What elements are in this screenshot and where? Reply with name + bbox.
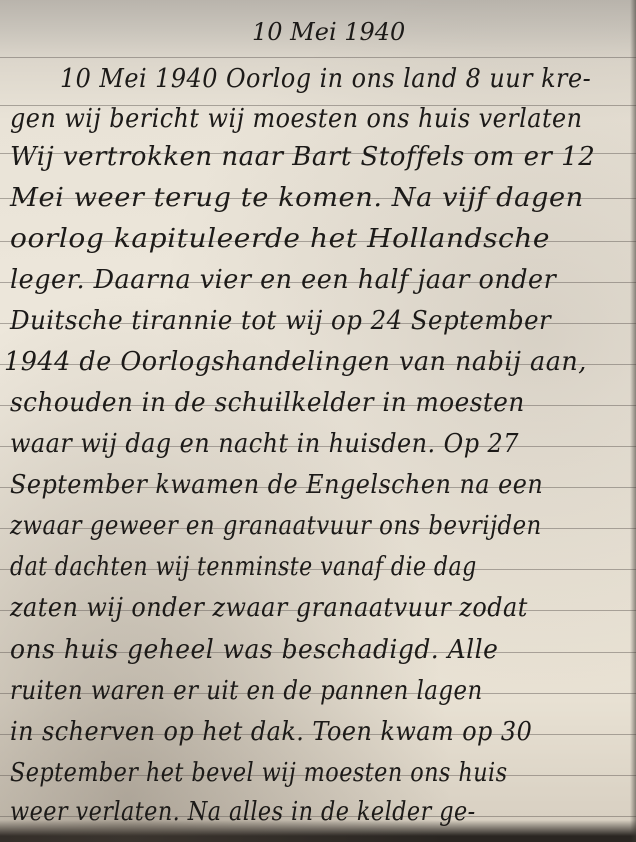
text-line-1: 10 Mei 1940 Oorlog in ons land 8 uur kre… — [60, 64, 591, 94]
text-line-7: Duitsche tirannie tot wij op 24 Septembe… — [10, 306, 551, 336]
text-line-14: zaten wij onder zwaar granaatvuur zodat — [10, 593, 528, 623]
text-line-17: in scherven op het dak. Toen kwam op 30 — [10, 717, 532, 747]
text-line-10: waar wij dag en nacht in huisden. Op 27 — [10, 429, 519, 459]
rule-line — [0, 57, 636, 58]
text-line-16: ruiten waren er uit en de pannen lagen — [10, 676, 483, 706]
text-line-5: oorlog kapituleerde het Hollandsche — [10, 224, 550, 254]
text-line-4: Mei weer terug te komen. Na vijf dagen — [10, 183, 584, 213]
text-line-12: zwaar geweer en granaatvuur ons bevrijde… — [10, 511, 542, 541]
text-line-3: Wij vertrokken naar Bart Stoffels om er … — [10, 142, 595, 172]
text-line-6: leger. Daarna vier en een half jaar onde… — [10, 265, 556, 295]
text-line-9: schouden in de schuilkelder in moesten — [10, 388, 525, 418]
text-line-15: ons huis geheel was beschadigd. Alle — [10, 635, 498, 665]
page-heading-date: 10 Mei 1940 — [252, 18, 405, 46]
text-line-18: September het bevel wij moesten ons huis — [10, 758, 508, 788]
page-edge-shadow — [630, 0, 636, 842]
text-line-13: dat dachten wij tenminste vanaf die dag — [10, 552, 477, 582]
text-line-2: gen wij bericht wij moesten ons huis ver… — [10, 104, 583, 134]
diary-page: 10 Mei 1940 10 Mei 1940 Oorlog in ons la… — [0, 0, 636, 842]
text-line-11: September kwamen de Engelschen na een — [10, 470, 543, 500]
text-line-8: 1944 de Oorlogshandelingen van nabij aan… — [4, 347, 587, 377]
text-line-19: weer verlaten. Na alles in de kelder ge- — [10, 797, 476, 827]
